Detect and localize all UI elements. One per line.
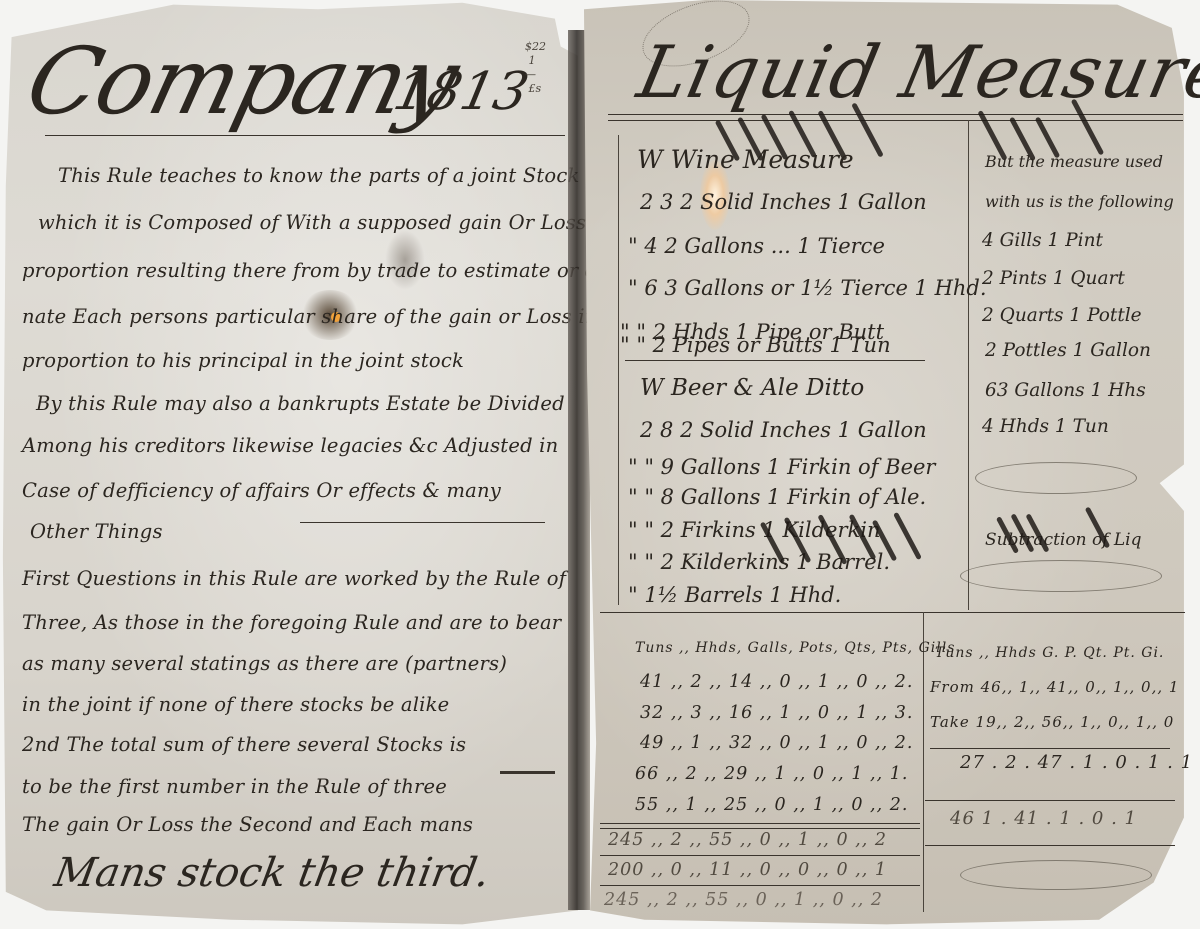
wine-line: " 4 2 Gallons ... 1 Tierce [628,234,885,258]
text-line: Among his creditors likewise legacies &c… [22,434,558,457]
text-line: to be the first number in the Rule of th… [22,775,447,798]
cell: 0 [760,860,772,880]
cell: 1 [775,764,787,784]
cell: 41 [1047,678,1068,696]
margin-notes: $22 1 — £s [525,40,546,96]
total-row: 245 ,, 2 ,, 55 ,, 0 ,, 1 ,, 0 ,, 2 [608,830,887,850]
cell: 56 [1042,713,1063,731]
header-cell: G. [1042,645,1059,661]
section-divider [625,360,925,361]
cell: 1 [1136,713,1147,731]
text-line: in the joint if none of there stocks be … [22,693,449,716]
result-row: 46 1 . 41 . 1 . 0 . 1 [950,808,1137,829]
beer-line: " " 2 Kilderkins 1 Barrel. [628,550,890,574]
subtraction-table-header: Tuns ,, Hhds G. P. Qt. Pt. Gi. [935,645,1164,661]
cell: 2. [890,795,909,815]
text-line: First Questions in this Rule are worked … [22,567,566,590]
cell: 0 [856,672,868,692]
cell: 0 [836,860,848,880]
cell: 1 [686,795,698,815]
table-row: 55 ,, 1 ,, 25 ,, 0 ,, 1 ,, 0 ,, 2. [635,795,908,815]
header-cell: Pt. [1113,645,1136,661]
header-cell: Gi. [1141,645,1164,661]
cell: 245 [604,890,640,910]
cell: 1 [794,890,806,910]
cell: 2. [895,733,914,753]
cell: 2 [686,764,698,784]
text-line: proportion to his principal in the joint… [22,349,464,372]
cell: From [930,678,975,696]
section-heading-wine: W Wine Measure [637,145,854,174]
cell: 0 [856,733,868,753]
decorative-flourish [975,462,1137,494]
cell: 0 [851,795,863,815]
cell: 0 [671,860,683,880]
cell: 55 [635,795,659,815]
page-year: 1813 [389,62,534,122]
cell: 32 [729,733,753,753]
title-rule-right-2 [608,120,1183,121]
cell: 66 [635,764,659,784]
cell: 25 [724,795,748,815]
cell: 2 [667,890,679,910]
common-measure-line: 4 Gills 1 Pint [982,230,1103,251]
common-measure-line: 2 Pints 1 Quart [982,268,1125,289]
text-line: Other Things [30,520,163,543]
cell: 3. [895,703,914,723]
sum-rule [600,885,920,886]
cell: 16 [729,703,753,723]
sum-rule [600,823,920,824]
cell: 0 [756,890,768,910]
cell: 1 [818,733,830,753]
cell: 1 [798,830,810,850]
cell: 200 [608,860,644,880]
cell: 1 [813,795,825,815]
text-line: The gain Or Loss the Second and Each man… [22,813,473,836]
cell: 2 [871,890,883,910]
cell: 55 [705,890,729,910]
common-measure-line: 2 Quarts 1 Pottle [982,305,1142,326]
decorative-flourish [960,560,1162,592]
cell: Take [930,713,970,731]
text-line: 2nd The total sum of there several Stock… [22,733,466,756]
common-measure-line: 4 Hhds 1 Tun [982,416,1109,437]
header-cell: Qts [844,640,871,656]
text-line: This Rule teaches to know the parts of a… [58,164,612,187]
cell: 1 [691,733,703,753]
text-line: Case of defficiency of affairs Or effect… [22,479,501,502]
cell: 1 [856,703,868,723]
beer-line: 2 8 2 Solid Inches 1 Gallon [640,418,927,442]
cell: 0 [798,860,810,880]
table-row: From 46,, 1,, 41,, 0,, 1,, 0,, 1 [930,678,1179,696]
text-line: By this Rule may also a bankrupts Estate… [36,392,565,415]
cell: 1 [1169,678,1180,696]
cell: 0 [780,733,792,753]
cell: 0 [818,703,830,723]
header-cell: Tuns [935,645,974,661]
cell: 1 [1019,678,1030,696]
wine-line: 2 3 2 Solid Inches 1 Gallon [640,190,927,214]
title-underline-left [45,135,565,136]
cell: 0 [836,830,848,850]
column-divider [968,120,969,610]
sum-rule [600,828,920,829]
left-margin-rule [618,135,619,605]
table-top-rule [600,612,1185,613]
table-row: 41 ,, 2 ,, 14 ,, 0 ,, 1 ,, 0 ,, 2. [640,672,913,692]
cell: 14 [729,672,753,692]
closing-line: Mans stock the third. [51,850,493,896]
wine-line: " 6 3 Gallons or 1½ Tierce 1 Hhd. [628,276,987,300]
table-row: 49 ,, 1 ,, 32 ,, 0 ,, 1 ,, 0 ,, 2. [640,733,913,753]
section-heading-beer-ale: W Beer & Ale Ditto [640,375,864,401]
cell: 0 [780,672,792,692]
header-cell: Pts [882,640,907,656]
addition-table-header: Tuns ,, Hhds, Galls, Pots, Qts, Pts, Gil… [635,640,955,656]
text-line: which it is Composed of With a supposed … [38,211,612,234]
header-cell: Qt. [1083,645,1108,661]
cell: 0 [760,830,772,850]
cell: 2 [1014,713,1025,731]
table-row: 66 ,, 2 ,, 29 ,, 1 ,, 0 ,, 1 ,, 1. [635,764,908,784]
cell: 2 [875,830,887,850]
common-measure-line: 2 Pottles 1 Gallon [985,340,1151,361]
cell: 1 [875,860,887,880]
cell: 245 [608,830,644,850]
result-row: 27 . 2 . 47 . 1 . 0 . 1 . 1 [960,752,1193,773]
text-line: as many several statings as there are (p… [22,652,507,675]
result-rule [925,800,1175,801]
cell: 46 [981,678,1002,696]
total-row: 245 ,, 2 ,, 55 ,, 0 ,, 1 ,, 0 ,, 2 [604,890,883,910]
ruled-line [500,771,555,774]
cell: 0 [813,764,825,784]
common-measure-line: 63 Gallons 1 Hhs [985,380,1146,401]
beer-line: " " 2 Firkins 1 Kilderkin [628,518,880,542]
cell: 0 [775,795,787,815]
cell: 3 [691,703,703,723]
beer-line: " 1½ Barrels 1 Hhd. [628,583,841,607]
table-column-divider [923,612,924,912]
cell: 0 [1108,713,1119,731]
cell: 2 [671,830,683,850]
text-line: Three, As those in the foregoing Rule an… [22,611,561,634]
cell: 0 [1164,713,1175,731]
header-cell: Hhds [995,645,1036,661]
cell: 0 [1085,678,1096,696]
cell: 1. [890,764,909,784]
title-rule-right [608,114,1183,115]
header-cell: Tuns [635,640,674,656]
table-row: 32 ,, 3 ,, 16 ,, 1 ,, 0 ,, 1 ,, 3. [640,703,913,723]
result-rule [925,845,1175,846]
cell: 2 [691,672,703,692]
cell: 1 [818,672,830,692]
sum-rule [600,855,920,856]
page-title-liquid-measure: Liquid Measure. [631,30,1200,114]
ruled-line [300,522,545,523]
cell: 32 [640,703,664,723]
total-row: 200 ,, 0 ,, 11 ,, 0 ,, 0 ,, 0 ,, 1 [608,860,887,880]
header-cell: Hhds [695,640,736,656]
cell: 19 [976,713,997,731]
header-cell: P. [1065,645,1078,661]
table-row: Take 19,, 2,, 56,, 1,, 0,, 1,, 0 [930,713,1174,731]
cell: 41 [640,672,664,692]
cell: 49 [640,733,664,753]
beer-line: " " 8 Gallons 1 Firkin of Ale. [628,485,926,509]
cell: 1 [851,764,863,784]
cell: 1 [780,703,792,723]
decorative-flourish [960,860,1152,890]
cell: 11 [709,860,733,880]
cell: 1 [1113,678,1124,696]
header-cell: Pots [799,640,833,656]
cell: 1 [1080,713,1091,731]
common-measure-line: But the measure used [985,152,1163,171]
common-measure-line: with us is the following [985,192,1174,211]
beer-line: " " 9 Gallons 1 Firkin of Beer [628,455,935,479]
text-line: nate Each persons particular share of th… [22,305,598,328]
header-cell: Galls [748,640,789,656]
cell: 2. [895,672,914,692]
cell: 0 [832,890,844,910]
wine-line: " " 2 Pipes or Butts 1 Tun [620,333,891,357]
cell: 29 [724,764,748,784]
cell: 55 [709,830,733,850]
cell: 0 [1141,678,1152,696]
result-rule [930,748,1170,749]
